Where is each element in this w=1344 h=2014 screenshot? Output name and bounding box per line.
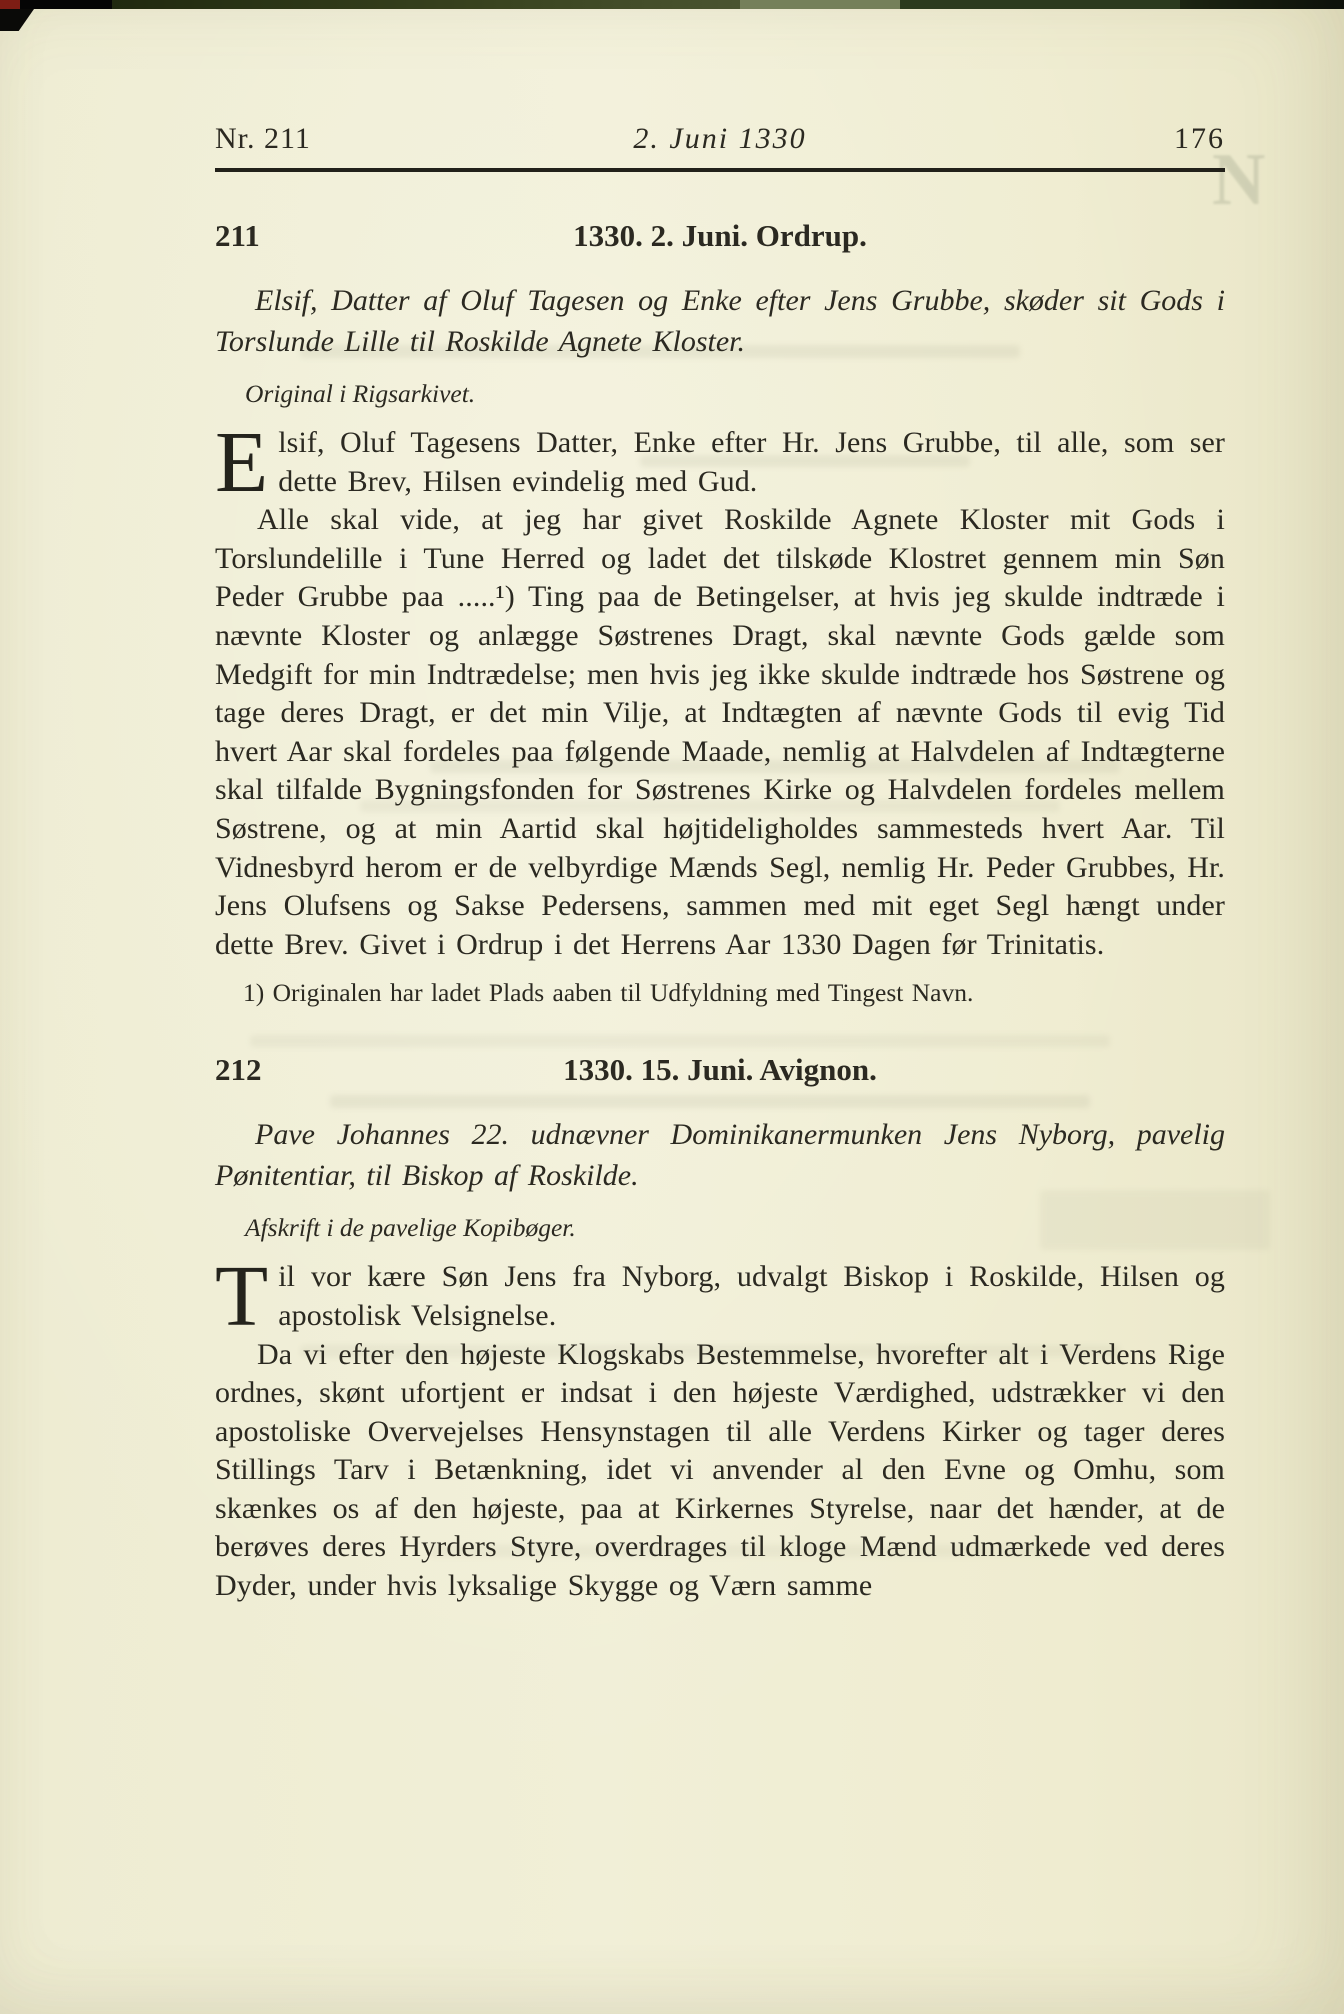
entry-number: 212 [215, 1052, 262, 1088]
entry-heading: 212 1330. 15. Juni. Avignon. [215, 1052, 1225, 1088]
entry-title: 1330. 15. Juni. Avignon. [563, 1052, 877, 1087]
entry-summary: Pave Johannes 22. udnævner Dominikanermu… [215, 1114, 1225, 1196]
entry-paragraph: Alle skal vide, at jeg har givet Roskild… [215, 501, 1225, 964]
header-rule [215, 168, 1225, 172]
entry-number: 211 [215, 218, 260, 254]
paragraph-text: il vor kære Søn Jens fra Nyborg, udvalgt… [278, 1260, 1225, 1332]
scan-corner-artifact [0, 9, 34, 31]
entry-heading: 211 1330. 2. Juni. Ordrup. [215, 218, 1225, 254]
header-entry-number: Nr. 211 [215, 122, 512, 156]
entry-paragraph: Da vi efter den højeste Klogskabs Bestem… [215, 1336, 1225, 1606]
running-header: Nr. 211 2. Juni 1330 176 [215, 122, 1225, 156]
footnote: 1) Originalen har ladet Plads aaben til … [243, 978, 1225, 1008]
drop-cap-initial: E [215, 424, 278, 498]
entry-source-note: Original i Rigsarkivet. [245, 379, 1225, 409]
entry-source-note: Afskrift i de pavelige Kopibøger. [245, 1213, 1225, 1243]
entry-title: 1330. 2. Juni. Ordrup. [573, 218, 867, 253]
scanned-book-page: N Nr. 211 2. Juni 1330 176 211 1330. 2. … [0, 0, 1344, 2014]
header-page-number: 176 [928, 122, 1225, 156]
entry-211: 211 1330. 2. Juni. Ordrup. Elsif, Datter… [215, 218, 1225, 1008]
drop-cap-initial: T [215, 1258, 278, 1332]
entry-summary: Elsif, Datter af Oluf Tagesen og Enke ef… [215, 280, 1225, 362]
paragraph-text: lsif, Oluf Tagesens Datter, Enke efter H… [278, 426, 1225, 498]
entry-paragraph: T il vor kære Søn Jens fra Nyborg, udval… [215, 1258, 1225, 1335]
header-date: 2. Juni 1330 [512, 122, 928, 156]
entry-paragraph: E lsif, Oluf Tagesens Datter, Enke efter… [215, 424, 1225, 501]
entry-212: 212 1330. 15. Juni. Avignon. Pave Johann… [215, 1052, 1225, 1605]
page-content: Nr. 211 2. Juni 1330 176 211 1330. 2. Ju… [215, 0, 1225, 1606]
